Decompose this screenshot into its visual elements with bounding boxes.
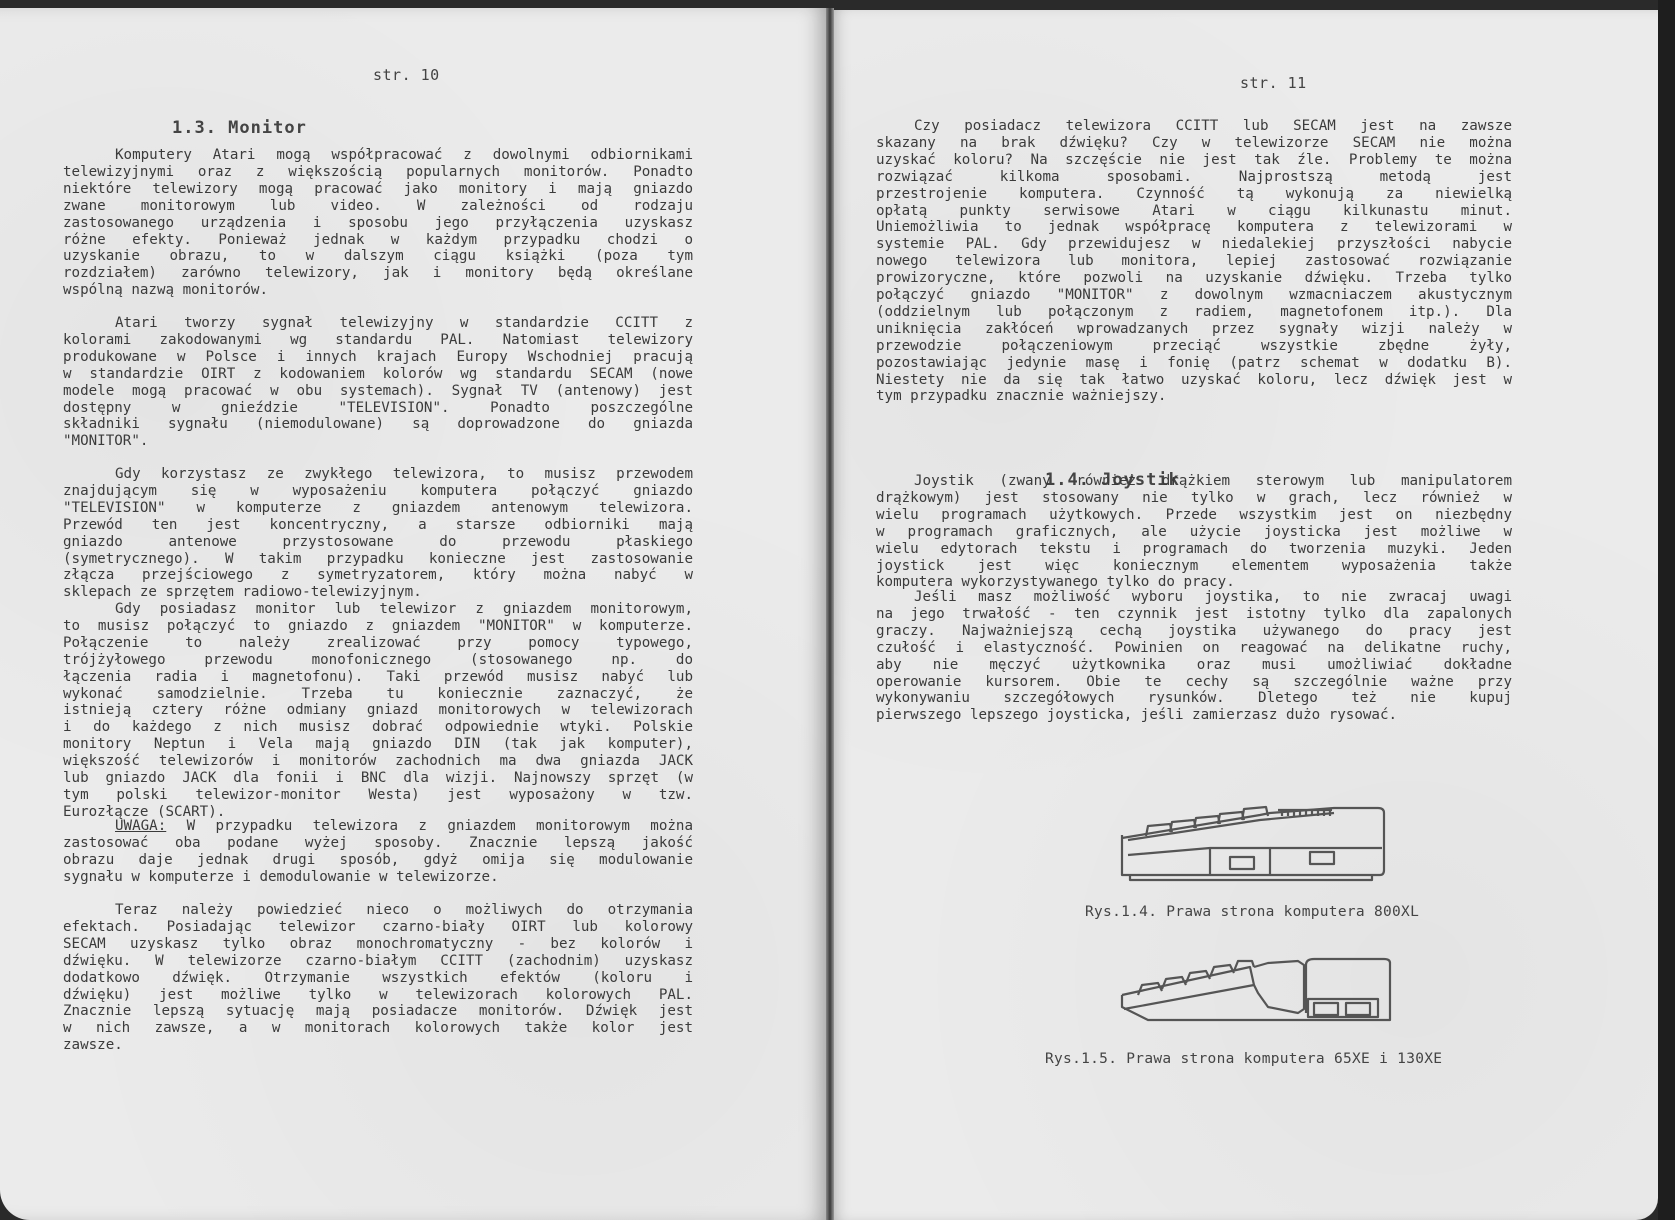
text-line: UWAGA: W przypadku telewizora z gniazdem… [115,818,693,835]
text-line: monitory Neptun i Vela mają gniazdo DIN … [63,736,693,753]
text-line: trójżyłowego przewodu monofonicznego (st… [63,652,693,669]
text-line: na jego trwałość - ten czynnik jest isto… [876,606,1512,623]
text-line: drążkowym) jest stosowany nie tylko w gr… [876,490,1512,507]
text-line: operowanie kursorem. Obie te cechy są sz… [876,674,1512,691]
text-line: nowego telewizora lub monitora, lepiej z… [876,253,1512,270]
figure-caption-800xl: Rys.1.4. Prawa strona komputera 800XL [1085,904,1419,920]
text-line: większość telewizorów i monitorów zachod… [63,753,693,770]
text-line: i do każdego z nich musisz dobrać odpowi… [63,719,693,736]
text-line: opłatą punkty serwisowe Atari w ciągu ki… [876,203,1512,220]
text-line: dostępny w gnieździe "TELEVISION". Ponad… [63,400,693,417]
text-line: joystick jest więc koniecznym elementem … [876,558,1512,575]
text-line: sygnału w komputerze i demodulowanie w t… [63,869,693,886]
text-line: Joystik (zwany również drążkiem sterowym… [914,473,1512,490]
text-line: dźwięku) jest możliwe tylko w telewizora… [63,987,693,1004]
note-label: UWAGA: [115,818,166,834]
text-line: zawsze. [63,1037,693,1054]
text-line: dźwięku. W telewizorze czarno-białym CCI… [63,953,693,970]
text-line: w standardzie OIRT z kodowaniem kolorów … [63,366,693,383]
text-line: przestrojenie komputera. Czynność tą wyk… [876,186,1512,203]
text-line: skazany na brak dźwięku? Czy w telewizor… [876,135,1512,152]
book-gutter [826,8,834,1220]
text-line: kolorami zakodowanymi wg standardu PAL. … [63,332,693,349]
text-line: zastosowanego urządzenia i sposobu jego … [63,215,693,232]
text-line: Atari tworzy sygnał telewizyjny w standa… [115,315,693,332]
text-line: telewizyjnymi oraz z większością popular… [63,164,693,181]
text-line: wykonywaniu szczegółowych rysunków. Dlet… [876,690,1512,707]
page-number-left: str. 10 [373,66,440,84]
text-line: w programach graficznych, ale użycie joy… [876,524,1512,541]
text-line: Niestety nie da się tak łatwo uzyskać ko… [876,372,1512,389]
text-line: Połączenie to należy zrealizować przy po… [63,635,693,652]
text-line: łączenia radia i magnetofonu). Taki prze… [63,669,693,686]
text-line: produkowane w Polsce i innych krajach Eu… [63,349,693,366]
text-line: Znacznie lepszą sytuację mają posiadacze… [63,1003,693,1020]
text-line: graczy. Najważniejszą cechą joystika uży… [876,623,1512,640]
text-line: złącza przejściowego z symetryzatorem, k… [63,567,693,584]
text-line: Jeśli masz możliwość wyboru joystika, to… [914,589,1512,606]
scan-background-edge [1658,0,1675,1220]
text-line: Gdy korzystasz ze zwykłego telewizora, t… [115,466,693,483]
text-line: "TELEVISION" w komputerze z gniazdem ant… [63,500,693,517]
text-line: to musisz połączyć to gniazdo z gniazdem… [63,618,693,635]
page-number-right: str. 11 [1240,74,1307,92]
text-line: rozdziałem) zarówno telewizory, jak i mo… [63,265,693,282]
text-line: (oddzielnym lub połączonym z radiem, mag… [876,304,1512,321]
text-line: istnieją cztery różne odmiany gniazd mon… [63,702,693,719]
text-line: Gdy posiadasz monitor lub telewizor z gn… [115,601,693,618]
text-line: efektach. Posiadając telewizor czarno-bi… [63,919,693,936]
text-line: uzyskać koloru? Na szczęście nie jest ta… [876,152,1512,169]
text-line: pozostawiając jedynie masę i fonię (patr… [876,355,1512,372]
text-line: w nich zawsze, a w monitorach kolorowych… [63,1020,693,1037]
text-line: niektóre telewizory mogą pracować jako m… [63,181,693,198]
text-line: (symetrycznego). W takim przypadku konie… [63,551,693,568]
atari-800xl-side-icon [1110,800,1390,890]
text-line: "MONITOR". [63,433,693,450]
text-line: czułość i elastyczność. Powinien on reag… [876,640,1512,657]
text-line: znajdującym się w wyposażeniu komputera … [63,483,693,500]
text-line: tym przypadku znacznie ważniejszy. [876,388,1512,405]
text-line: zwane monitorowym lub video. W zależnośc… [63,198,693,215]
text-line: pierwszego lepszego joysticka, jeśli zam… [876,707,1512,724]
text-line: systemie PAL. Gdy przewidujesz w niedale… [876,236,1512,253]
text-line: Komputery Atari mogą współpracować z dow… [115,147,693,164]
text-line: połączyć gniazdo "MONITOR" z dowolnym wz… [876,287,1512,304]
text-line: Uniemożliwia to jednak współpracę komput… [876,219,1512,236]
text-line: wielu programach użytkowych. Przede wszy… [876,507,1512,524]
text-line: wspólną nazwą monitorów. [63,282,693,299]
text-line: różne efekty. Ponieważ jednak w każdym p… [63,232,693,249]
text-line: uniknięcia zakłóceń wprowadzanych przez … [876,321,1512,338]
text-line: składniki sygnału (niemodulowane) są dop… [63,416,693,433]
text-line: obrazu daje jednak drugi sposób, gdyż om… [63,852,693,869]
text-line: aby nie męczyć użytkownika oraz musi umo… [876,657,1512,674]
atari-65xe-side-icon [1118,955,1398,1035]
text-line: Czy posiadacz telewizora CCITT lub SECAM… [914,118,1512,135]
figure-caption-65xe-130xe: Rys.1.5. Prawa strona komputera 65XE i 1… [1045,1051,1442,1067]
text-line: rozwiązać kilkoma sposobami. Najprostszą… [876,169,1512,186]
text-line: wykonać samodzielnie. Trzeba tu konieczn… [63,686,693,703]
text-line: zastosować oba podane wyżej sposoby. Zna… [63,835,693,852]
text-line: Teraz należy powiedzieć nieco o możliwyc… [115,902,693,919]
section-heading-monitor: 1.3. Monitor [172,118,307,138]
text-line: wielu edytorach tekstu i programach do t… [876,541,1512,558]
text-line: Przewód ten jest koncentryczny, a starsz… [63,517,693,534]
text-line: lub gniazdo JACK dla fonii i BNC dla wiz… [63,770,693,787]
text-line: uzyskanie obrazu, to w dalszym ciągu ksi… [63,248,693,265]
text-line: sklepach ze sprzętem radiowo-telewizyjny… [63,584,693,601]
text-line: tym polski telewizor-monitor Westa) jest… [63,787,693,804]
text-line: dodatkowo dźwięk. Otrzymanie wszystkich … [63,970,693,987]
text-line: gniazdo antenowe przystosowane do przewo… [63,534,693,551]
text-line: prowizoryczne, które pozwoli na uzyskani… [876,270,1512,287]
text-line: modele mogą pracować w obu systemach). S… [63,383,693,400]
text-line: przewodzie połączeniowym przeciąć wszyst… [876,338,1512,355]
text-line: SECAM uzyskasz tylko obraz monochromatyc… [63,936,693,953]
